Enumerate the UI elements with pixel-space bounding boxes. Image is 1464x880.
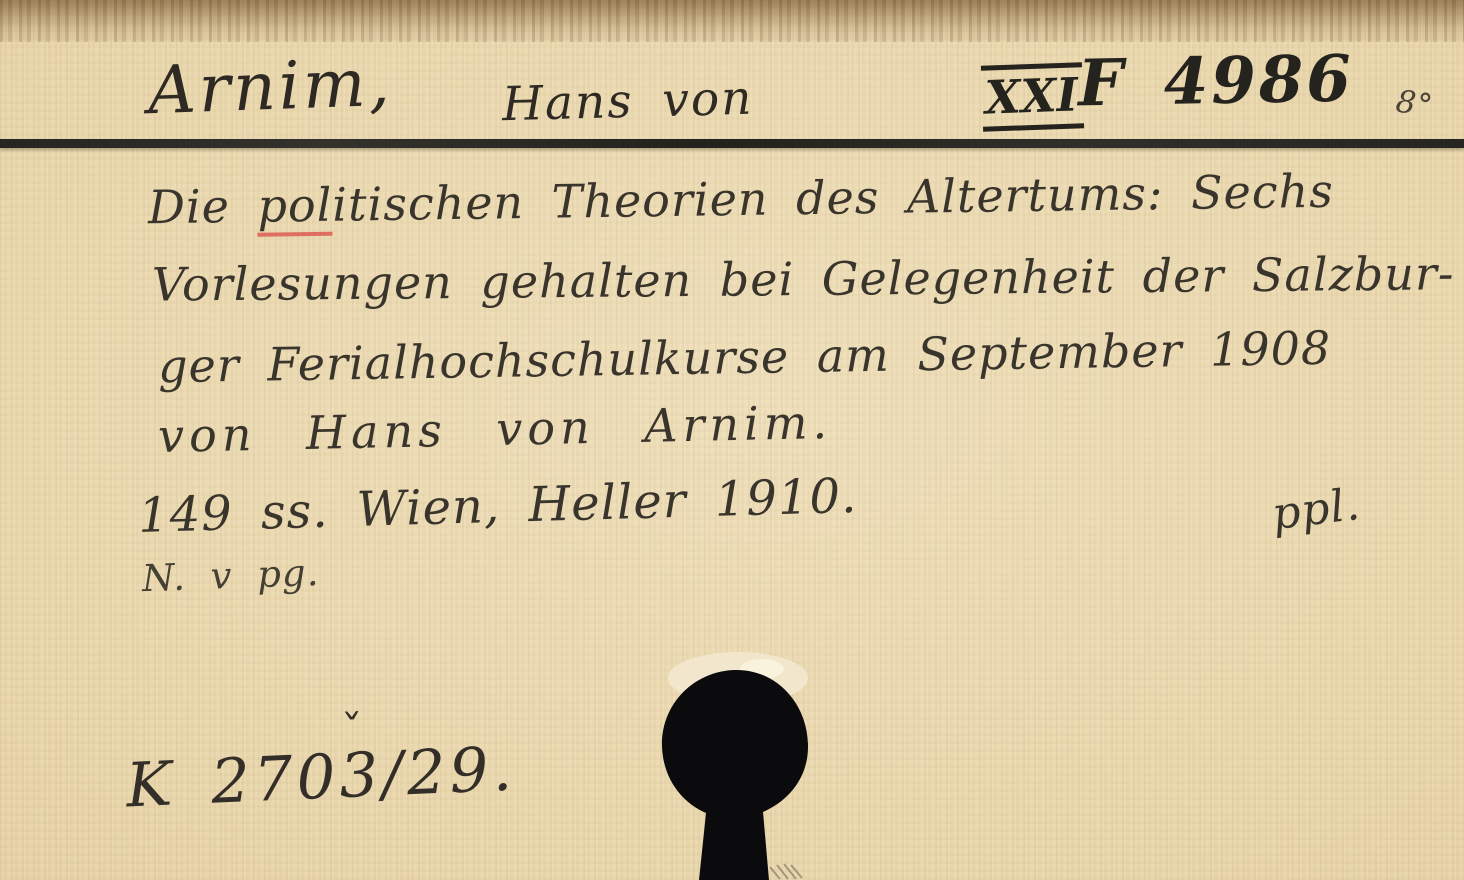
title-line-1-post: itischen Theorien des Altertums: Sechs bbox=[332, 164, 1334, 232]
title-line-3: ger Ferialhochschulkurse am September 19… bbox=[158, 321, 1332, 393]
accession-pre: K 270 bbox=[125, 741, 341, 821]
shelfmark-series: XXI bbox=[981, 62, 1084, 131]
title-line-1: Die politischen Theorien des Altertums: … bbox=[148, 164, 1334, 235]
rod-hatch-texture bbox=[770, 864, 802, 879]
accession-number: K 2703ˇ/29. bbox=[125, 734, 518, 822]
format-mark: 8° bbox=[1394, 84, 1436, 125]
caron-mark: ˇ bbox=[340, 706, 368, 758]
title-line-2: Vorlesungen gehalten bei Gelegenheit der… bbox=[152, 246, 1455, 311]
title-line-1-pre: Die bbox=[148, 179, 258, 235]
cataloger-annotation: N. v pg. bbox=[141, 551, 320, 600]
author-forename: Hans von bbox=[501, 71, 754, 133]
imprint-line: 149 ss. Wien, Heller 1910. bbox=[137, 468, 858, 544]
title-line-4: von Hans von Arnim. bbox=[158, 395, 833, 463]
accession-post: /29. bbox=[381, 734, 518, 811]
binding-note: ppl. bbox=[1269, 479, 1363, 540]
shelfmark-call-number: F 4986 bbox=[1077, 42, 1354, 122]
header-rule bbox=[0, 139, 1464, 148]
hole-punch bbox=[630, 645, 850, 880]
keyhole-shape bbox=[662, 670, 808, 880]
catalog-card-scan: Arnim, Hans von XXI F 4986 8° Die politi… bbox=[0, 0, 1464, 880]
card-top-edge-shadow bbox=[0, 0, 1464, 42]
author-surname: Arnim, bbox=[147, 44, 394, 129]
title-line-1-red-underlined: pol bbox=[257, 178, 333, 237]
accession-marked-digit: 3ˇ bbox=[338, 739, 384, 812]
